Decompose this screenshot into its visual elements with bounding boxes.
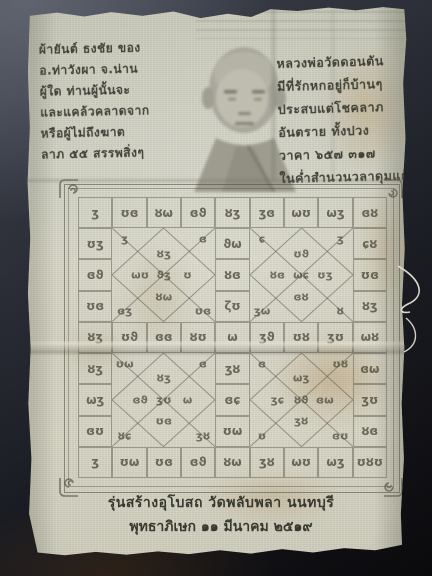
yantra-cloth: ผ้ายันต์ ธงชัย ของ อ.ท่าวังผา จ.น่าน ผู้…: [26, 6, 414, 558]
loose-thread: [396, 252, 432, 367]
cloth-shading: [26, 6, 414, 558]
photo-root: { "scene": { "description": "Photograph …: [0, 0, 432, 576]
